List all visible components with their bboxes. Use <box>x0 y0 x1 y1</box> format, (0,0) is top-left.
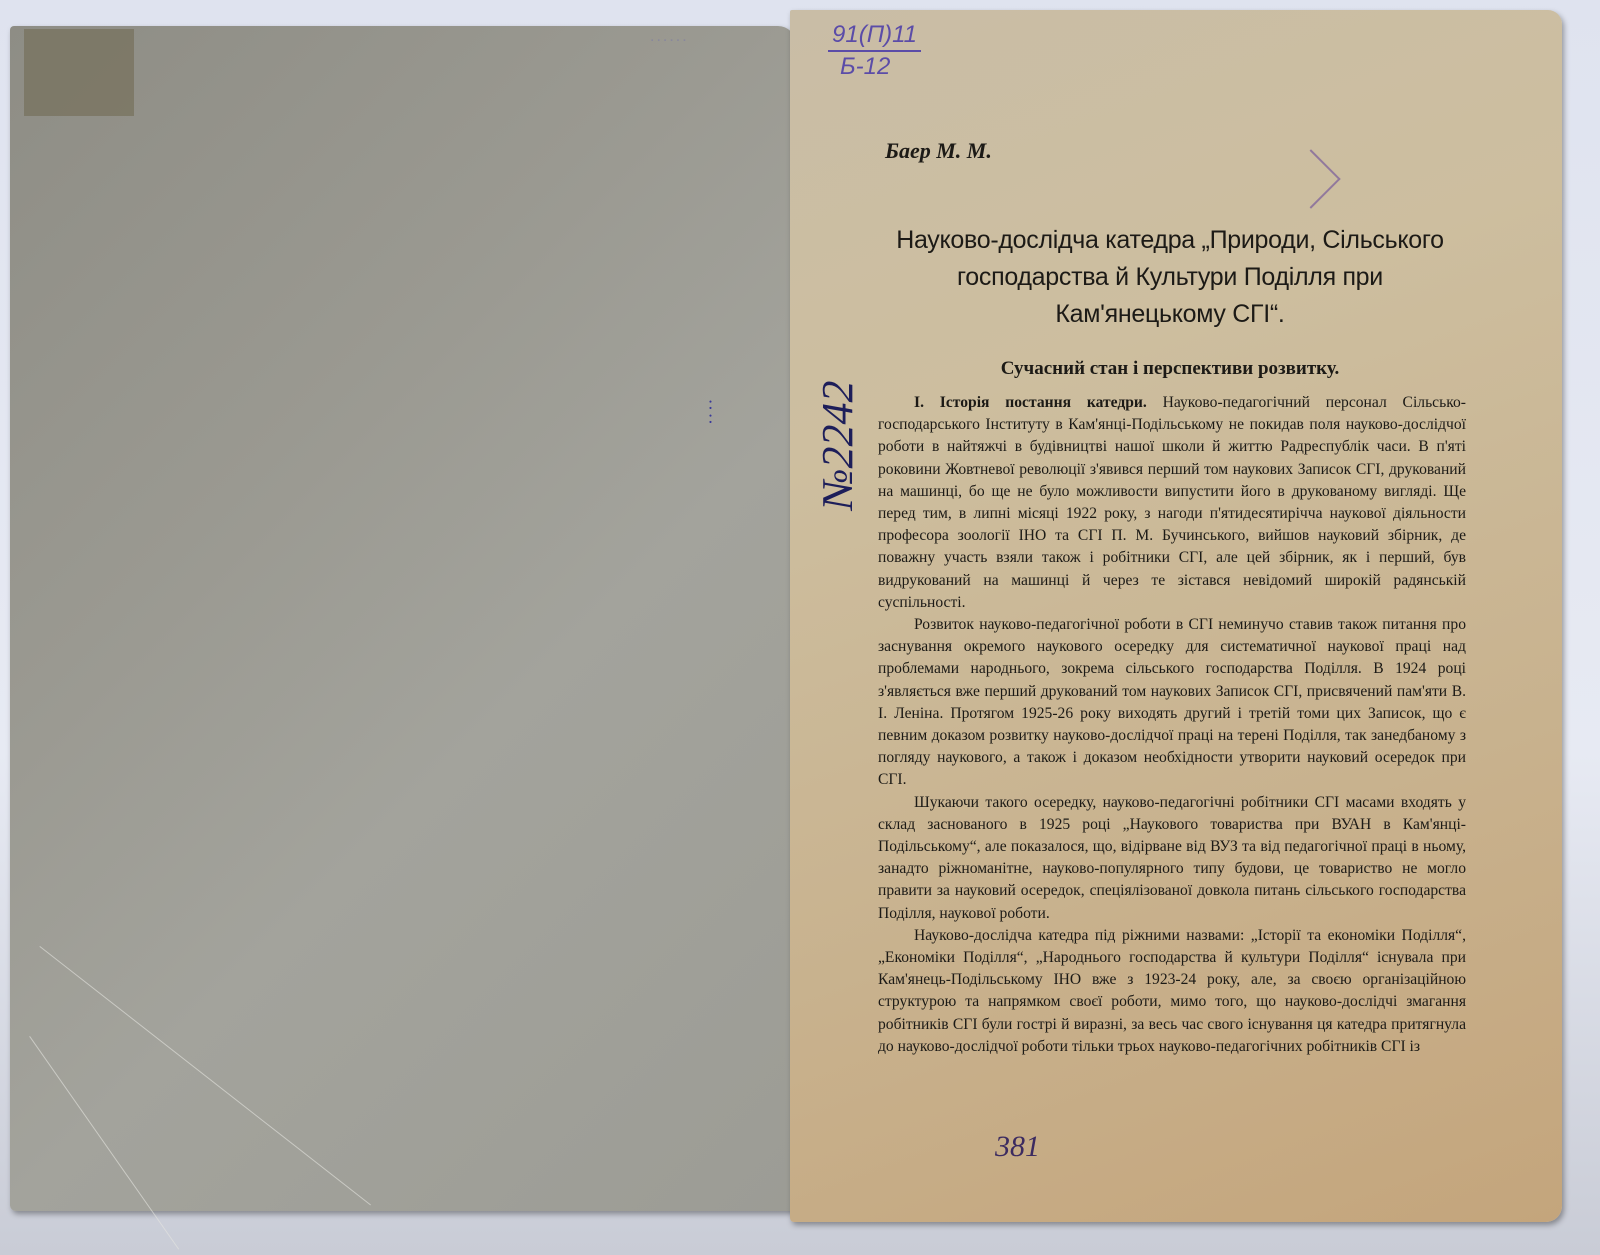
tape-patch <box>24 29 134 116</box>
library-call-number: 91(П)11 Б-12 <box>828 20 921 82</box>
handwritten-inventory-number: №2242 <box>812 381 863 511</box>
body-text: I. Історія постання катедри. Науково-пед… <box>878 392 1466 1058</box>
call-number-top: 91(П)11 <box>828 20 921 52</box>
section-heading: I. Історія постання катедри. <box>914 394 1147 411</box>
author: Баер М. М. <box>885 138 992 164</box>
crease-line <box>39 946 371 1205</box>
ink-mark: :: <box>708 396 713 424</box>
call-number-bottom: Б-12 <box>828 52 921 82</box>
crease-line <box>29 1036 179 1250</box>
paragraph-text: Науково-педагогічний персонал Сільсько-г… <box>878 394 1466 611</box>
paragraph: Науково-дослідча катедра під ріжними наз… <box>878 925 1466 1058</box>
paragraph: Шукаючи такого осередку, науково-педагог… <box>878 792 1466 925</box>
handwritten-page-number: 381 <box>995 1130 1040 1164</box>
stamp-mark <box>1281 149 1340 208</box>
paragraph: Розвиток науково-педагогічної роботи в С… <box>878 614 1466 792</box>
document-subtitle: Сучасний стан і перспективи розвитку. <box>870 358 1470 380</box>
right-page-document: 91(П)11 Б-12 №2242 Баер М. М. Науково-до… <box>790 10 1562 1222</box>
pencil-note: ...... <box>650 26 720 72</box>
document-title: Науково-дослідча катедра „Природи, Сільс… <box>870 222 1470 333</box>
paragraph: I. Історія постання катедри. Науково-пед… <box>878 392 1466 614</box>
left-page-cover: ...... :: <box>10 26 796 1211</box>
